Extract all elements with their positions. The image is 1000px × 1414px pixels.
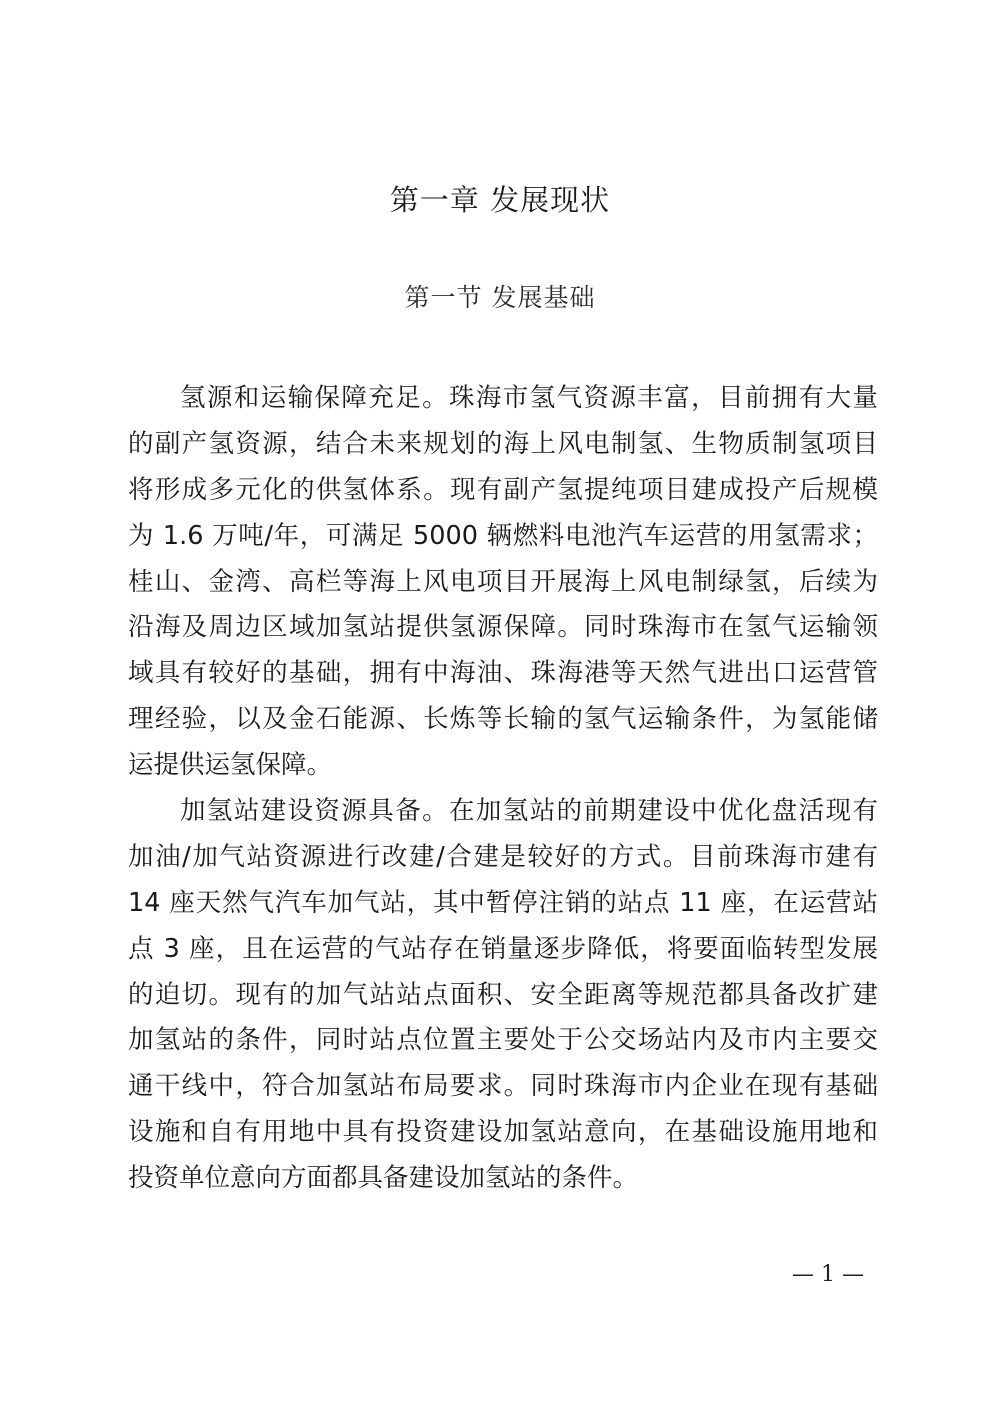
text-line: 运提供运氢保障。 xyxy=(128,743,878,789)
chapter-title: 第一章 发展现状 xyxy=(0,180,1000,220)
text-line: 理经验，以及金石能源、长炼等长输的氢气运输条件，为氢能储 xyxy=(128,697,878,743)
text-line: 将形成多元化的供氢体系。现有副产氢提纯项目建成投产后规模 xyxy=(128,468,878,514)
text-line: 沿海及周边区域加氢站提供氢源保障。同时珠海市在氢气运输领 xyxy=(128,605,878,651)
text-line: 桂山、金湾、高栏等海上风电项目开展海上风电制绿氢，后续为 xyxy=(128,560,878,606)
page-number: — 1 — xyxy=(792,1262,864,1287)
text-line: 氢源和运输保障充足。珠海市氢气资源丰富，目前拥有大量 xyxy=(128,376,878,422)
document-page: 第一章 发展现状 第一节 发展基础 氢源和运输保障充足。珠海市氢气资源丰富，目前… xyxy=(0,0,1000,1414)
text-line: 加油/加气站资源进行改建/合建是较好的方式。目前珠海市建有 xyxy=(128,835,878,881)
body-text: 氢源和运输保障充足。珠海市氢气资源丰富，目前拥有大量 的副产氢资源，结合未来规划… xyxy=(128,376,878,1202)
text-line: 为 1.6 万吨/年，可满足 5000 辆燃料电池汽车运营的用氢需求； xyxy=(128,514,878,560)
text-line: 的副产氢资源，结合未来规划的海上风电制氢、生物质制氢项目 xyxy=(128,422,878,468)
text-line: 设施和自有用地中具有投资建设加氢站意向，在基础设施用地和 xyxy=(128,1110,878,1156)
text-line: 14 座天然气汽车加气站，其中暂停注销的站点 11 座，在运营站 xyxy=(128,881,878,927)
text-line: 通干线中，符合加氢站布局要求。同时珠海市内企业在现有基础 xyxy=(128,1064,878,1110)
text-line: 域具有较好的基础，拥有中海油、珠海港等天然气进出口运营管 xyxy=(128,651,878,697)
text-line: 投资单位意向方面都具备建设加氢站的条件。 xyxy=(128,1156,878,1202)
text-line: 点 3 座，且在运营的气站存在销量逐步降低，将要面临转型发展 xyxy=(128,927,878,973)
section-title: 第一节 发展基础 xyxy=(0,280,1000,316)
text-line: 的迫切。现有的加气站站点面积、安全距离等规范都具备改扩建 xyxy=(128,973,878,1019)
text-line: 加氢站的条件，同时站点位置主要处于公交场站内及市内主要交 xyxy=(128,1018,878,1064)
paragraph-hydrogen-source: 氢源和运输保障充足。珠海市氢气资源丰富，目前拥有大量 的副产氢资源，结合未来规划… xyxy=(128,376,878,789)
paragraph-refueling-stations: 加氢站建设资源具备。在加氢站的前期建设中优化盘活现有 加油/加气站资源进行改建/… xyxy=(128,789,878,1202)
text-line: 加氢站建设资源具备。在加氢站的前期建设中优化盘活现有 xyxy=(128,789,878,835)
